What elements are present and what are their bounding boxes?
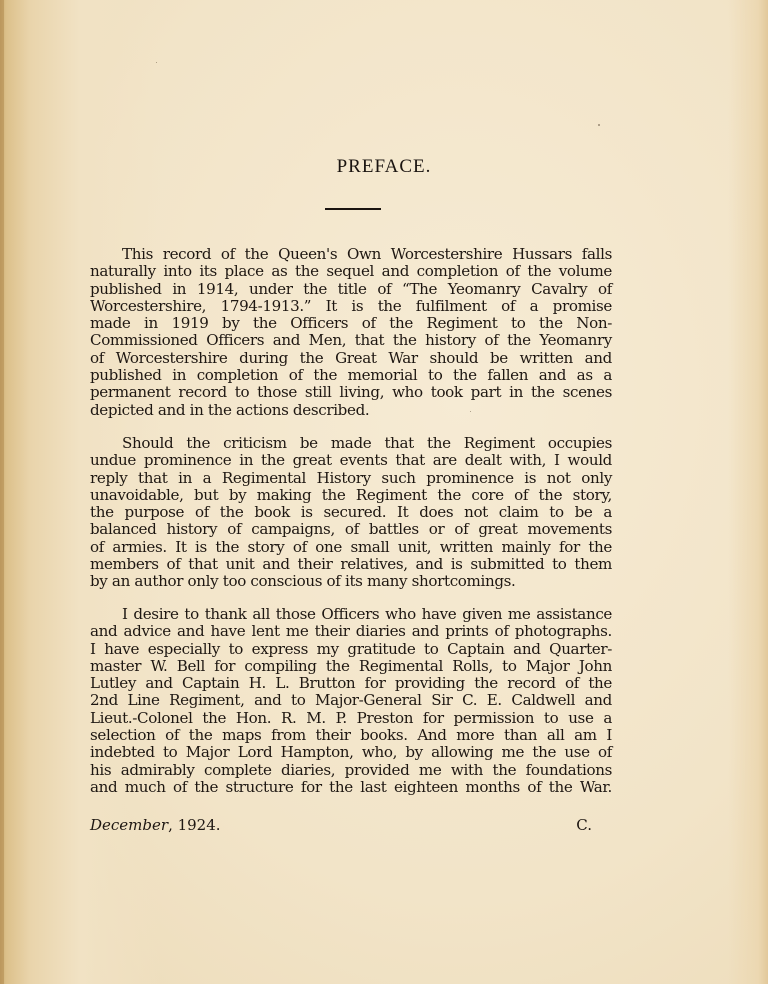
- paper-speck: [598, 124, 600, 126]
- text-line: his admirably complete diaries, provided…: [90, 762, 612, 779]
- text-line: Lutley and Captain H. L. Brutton for pro…: [90, 675, 612, 692]
- text-line: of armies. It is the story of one small …: [90, 539, 612, 556]
- text-line: Worcestershire, 1794-1913.” It is the fu…: [90, 298, 612, 315]
- signature-line: December, 1924. C.: [90, 816, 612, 834]
- text-line: This record of the Queen's Own Worcester…: [90, 246, 612, 263]
- text-line: naturally into its place as the sequel a…: [90, 263, 612, 280]
- text-line: by an author only too conscious of its m…: [90, 573, 612, 590]
- page-title: PREFACE.: [0, 156, 768, 178]
- text-line: members of that unit and their relatives…: [90, 556, 612, 573]
- text-line: 2nd Line Regiment, and to Major-General …: [90, 692, 612, 709]
- text-line: master W. Bell for compiling the Regimen…: [90, 658, 612, 675]
- text-line: the purpose of the book is secured. It d…: [90, 504, 612, 521]
- page-gutter-edge: [0, 0, 4, 984]
- text-line: I have especially to express my gratitud…: [90, 641, 612, 658]
- text-line: selection of the maps from their books. …: [90, 727, 612, 744]
- text-line: Lieut.-Colonel the Hon. R. M. P. Preston…: [90, 710, 612, 727]
- text-line: reply that in a Regimental History such …: [90, 470, 612, 487]
- text-line: I desire to thank all those Officers who…: [90, 606, 612, 623]
- paper-speck: [470, 411, 471, 412]
- text-line: published in completion of the memorial …: [90, 367, 612, 384]
- book-page: PREFACE. This record of the Queen's Own …: [0, 0, 768, 984]
- text-line: indebted to Major Lord Hampton, who, by …: [90, 744, 612, 761]
- paragraph-3: I desire to thank all those Officers who…: [90, 606, 612, 796]
- author-initial: C.: [576, 816, 592, 834]
- text-line: balanced history of campaigns, of battle…: [90, 521, 612, 538]
- paper-speck: [156, 62, 157, 63]
- text-line: Should the criticism be made that the Re…: [90, 435, 612, 452]
- text-line: made in 1919 by the Officers of the Regi…: [90, 315, 612, 332]
- paragraph-2: Should the criticism be made that the Re…: [90, 435, 612, 591]
- text-line: undue prominence in the great events tha…: [90, 452, 612, 469]
- signature-date-month: December: [90, 816, 168, 834]
- text-line: of Worcestershire during the Great War s…: [90, 350, 612, 367]
- text-line: permanent record to those still living, …: [90, 384, 612, 401]
- text-line: depicted and in the actions described.: [90, 402, 612, 419]
- signature-date-year: , 1924.: [168, 816, 220, 834]
- paragraph-1: This record of the Queen's Own Worcester…: [90, 246, 612, 419]
- text-line: unavoidable, but by making the Regiment …: [90, 487, 612, 504]
- text-line: Commissioned Officers and Men, that the …: [90, 332, 612, 349]
- title-rule-divider: [325, 208, 381, 210]
- text-line: and advice and have lent me their diarie…: [90, 623, 612, 640]
- text-line: published in 1914, under the title of “T…: [90, 281, 612, 298]
- text-line: and much of the structure for the last e…: [90, 779, 612, 796]
